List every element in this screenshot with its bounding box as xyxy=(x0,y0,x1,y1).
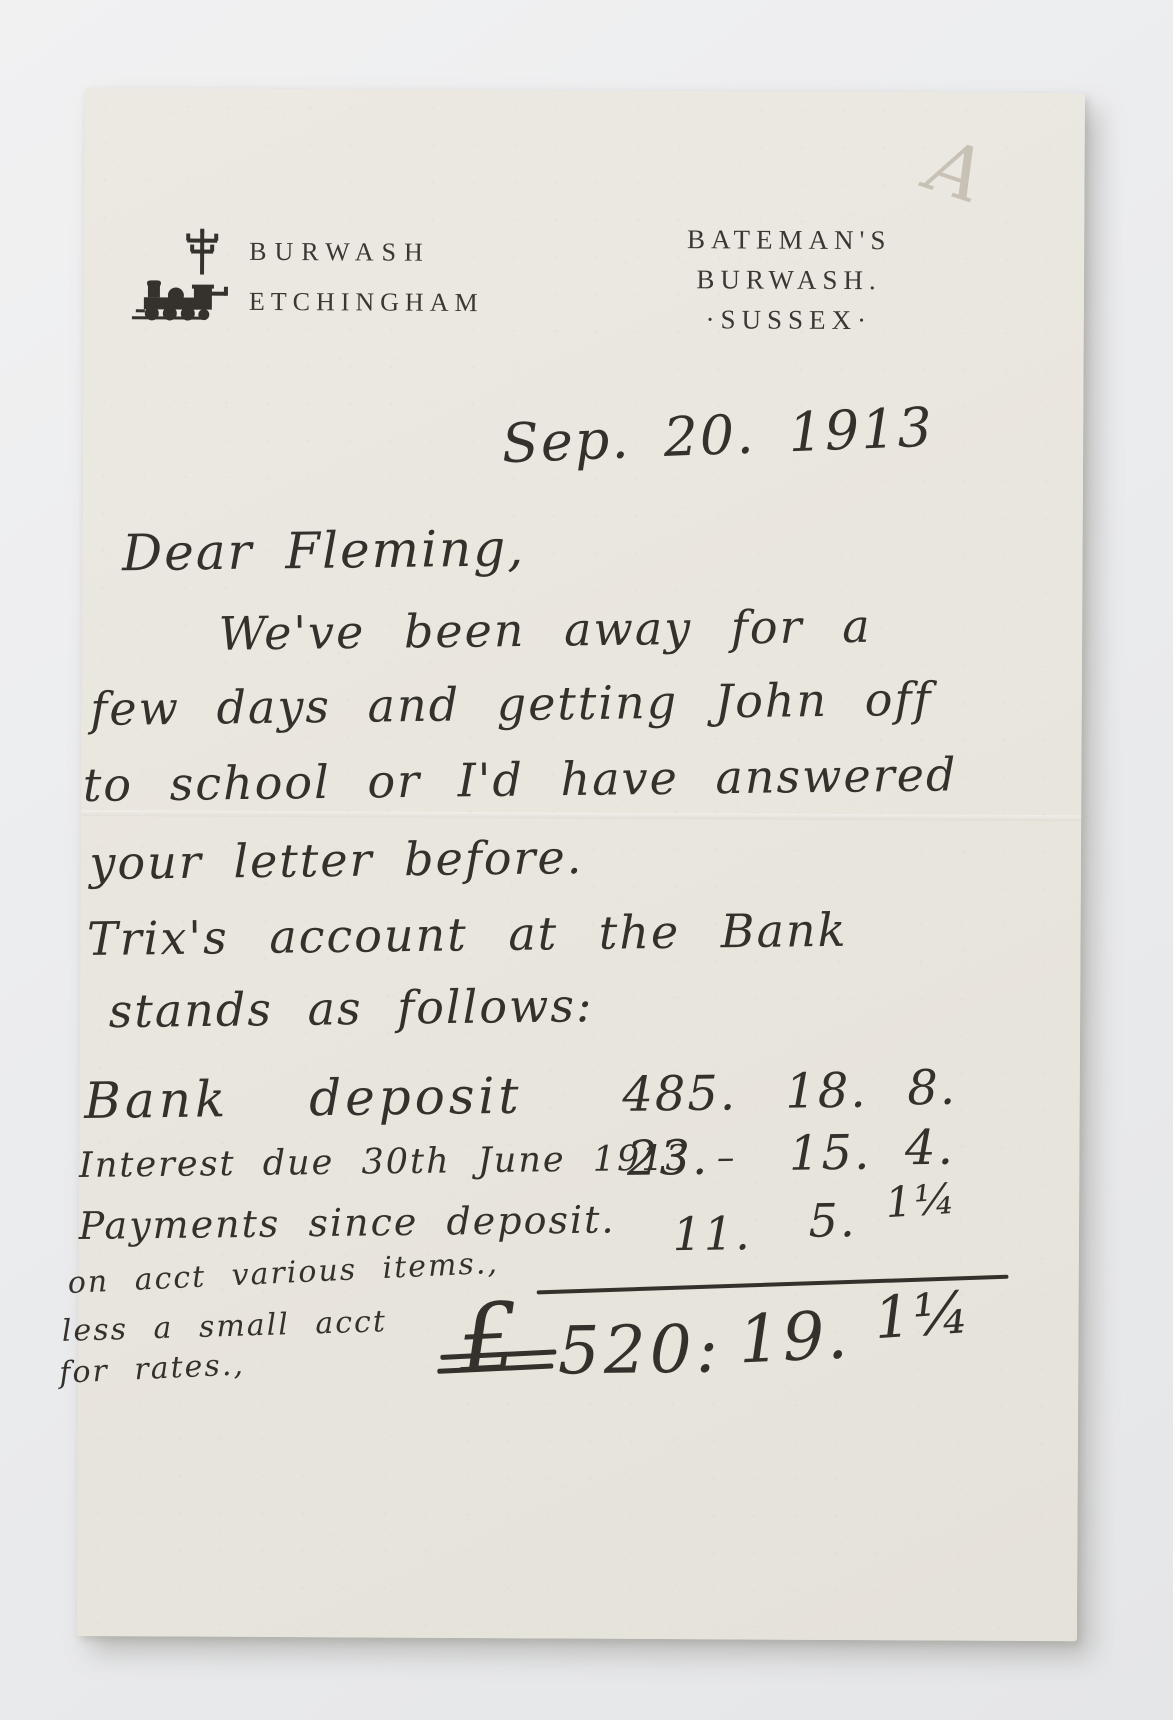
locomotive-icon xyxy=(132,278,232,325)
letter-paper: A BURWASH ETCHINGHA xyxy=(77,88,1085,1641)
account-row-pence: 1¼ xyxy=(884,1174,958,1228)
letter-salutation: Dear Fleming, xyxy=(122,519,526,582)
total-currency-sign: £ xyxy=(456,1283,523,1395)
account-row-pounds: 11. xyxy=(672,1206,752,1261)
letter-body-line: few days and getting John off xyxy=(90,672,933,736)
account-row-label: Bank deposit xyxy=(84,1067,523,1130)
letterhead-station: ETCHINGHAM xyxy=(249,287,484,318)
letter-body-line: We've been away for a xyxy=(218,599,872,661)
account-note: less a small acct xyxy=(61,1304,387,1349)
letterhead-telegraph-office: BURWASH xyxy=(249,237,431,268)
account-row-label: Payments since deposit. xyxy=(78,1197,615,1248)
total-pence: 1¼ xyxy=(872,1278,973,1352)
total-pounds: 520: xyxy=(557,1310,722,1389)
account-row-shillings: 18. xyxy=(785,1063,868,1120)
account-row-pence: 8. xyxy=(907,1060,957,1117)
telegraph-pole-icon xyxy=(184,229,220,275)
account-note: on acct various items., xyxy=(67,1246,500,1301)
letter-body-line: to school or I'd have answered xyxy=(83,747,958,812)
paper-fold-crease xyxy=(81,810,1081,821)
pencil-mark: A xyxy=(917,122,995,220)
letterhead-house-name: BATEMAN'S xyxy=(639,219,939,261)
letter-date: Sep. 20. 1913 xyxy=(501,396,935,476)
account-row-shillings: 5. xyxy=(808,1193,857,1248)
letterhead-town: BURWASH. xyxy=(639,259,939,301)
letter-body-line: Trix's account at the Bank xyxy=(87,903,848,966)
account-row-shillings: 15. xyxy=(789,1125,872,1182)
photo-background: A BURWASH ETCHINGHA xyxy=(0,0,1173,1720)
letter-body-line: stands as follows: xyxy=(108,978,593,1038)
letterhead-address: BATEMAN'S BURWASH. ·SUSSEX· xyxy=(639,219,940,341)
account-row-pounds: 485. xyxy=(622,1065,738,1122)
letter-body-line: your letter before. xyxy=(89,830,584,890)
account-row-pounds: 23. xyxy=(627,1130,710,1187)
total-shillings: 19. xyxy=(737,1296,851,1378)
account-row-pence: 4. xyxy=(905,1120,955,1177)
account-note: for rates., xyxy=(59,1347,246,1391)
letterhead-county: ·SUSSEX· xyxy=(639,299,939,341)
